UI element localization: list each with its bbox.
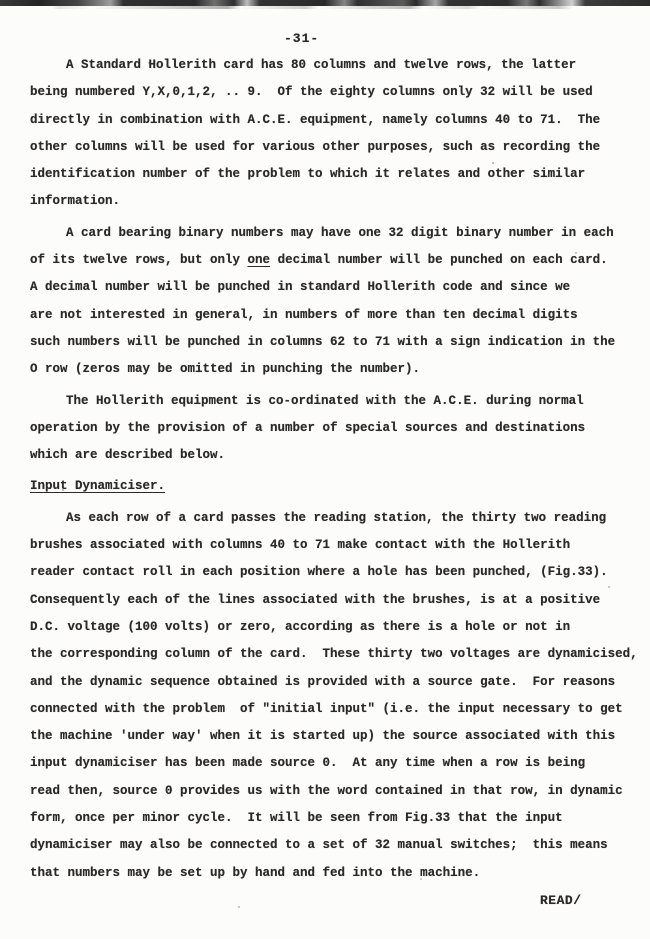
text-line: identification number of the problem to … — [30, 161, 648, 188]
text-line: Consequently each of the lines associate… — [30, 587, 648, 614]
paragraph: As each row of a card passes the reading… — [30, 505, 648, 887]
text-line: other columns will be used for various o… — [30, 134, 648, 161]
text-line: information. — [30, 188, 648, 215]
text-line: The Hollerith equipment is co-ordinated … — [30, 388, 648, 415]
text-line: reader contact roll in each position whe… — [30, 559, 648, 586]
text-line: input dynamiciser has been made source 0… — [30, 750, 648, 777]
text-line: A Standard Hollerith card has 80 columns… — [30, 52, 648, 79]
paragraph: A card bearing binary numbers may have o… — [30, 220, 648, 384]
scanned-document-page: -31- A Standard Hollerith card has 80 co… — [0, 0, 650, 939]
text-line: that numbers may be set up by hand and f… — [30, 860, 648, 887]
text-line: directly in combination with A.C.E. equi… — [30, 107, 648, 134]
paragraph: The Hollerith equipment is co-ordinated … — [30, 388, 648, 470]
text-line: such numbers will be punched in columns … — [30, 329, 648, 356]
text-line: being numbered Y,X,0,1,2, .. 9. Of the e… — [30, 79, 648, 106]
text-line: are not interested in general, in number… — [30, 302, 648, 329]
text-line: of its twelve rows, but only one decimal… — [30, 247, 648, 274]
text-line: the machine 'under way' when it is start… — [30, 723, 648, 750]
scan-noise-speckles — [0, 0, 2, 2]
document-body: A Standard Hollerith card has 80 columns… — [30, 52, 648, 891]
text-line: read then, source 0 provides us with the… — [30, 778, 648, 805]
text-line: As each row of a card passes the reading… — [30, 505, 648, 532]
section-heading-text: Input Dynamiciser. — [30, 479, 165, 493]
text-line: dynamiciser may also be connected to a s… — [30, 832, 648, 859]
text-line: A decimal number will be punched in stan… — [30, 274, 648, 301]
scan-artifact-top-fringe — [0, 6, 650, 9]
text-line: form, once per minor cycle. It will be s… — [30, 805, 648, 832]
section-heading: Input Dynamiciser. — [30, 473, 648, 500]
text-line: brushes associated with columns 40 to 71… — [30, 532, 648, 559]
text-line: and the dynamic sequence obtained is pro… — [30, 669, 648, 696]
text-line: A card bearing binary numbers may have o… — [30, 220, 648, 247]
text-line: operation by the provision of a number o… — [30, 415, 648, 442]
page-number: -31- — [284, 31, 319, 46]
text-line: the corresponding column of the card. Th… — [30, 641, 648, 668]
catchword: READ/ — [540, 893, 582, 908]
text-line: D.C. voltage (100 volts) or zero, accord… — [30, 614, 648, 641]
text-line: connected with the problem of "initial i… — [30, 696, 648, 723]
text-line: O row (zeros may be omitted in punching … — [30, 356, 648, 383]
paragraph: A Standard Hollerith card has 80 columns… — [30, 52, 648, 216]
text-line: which are described below. — [30, 442, 648, 469]
